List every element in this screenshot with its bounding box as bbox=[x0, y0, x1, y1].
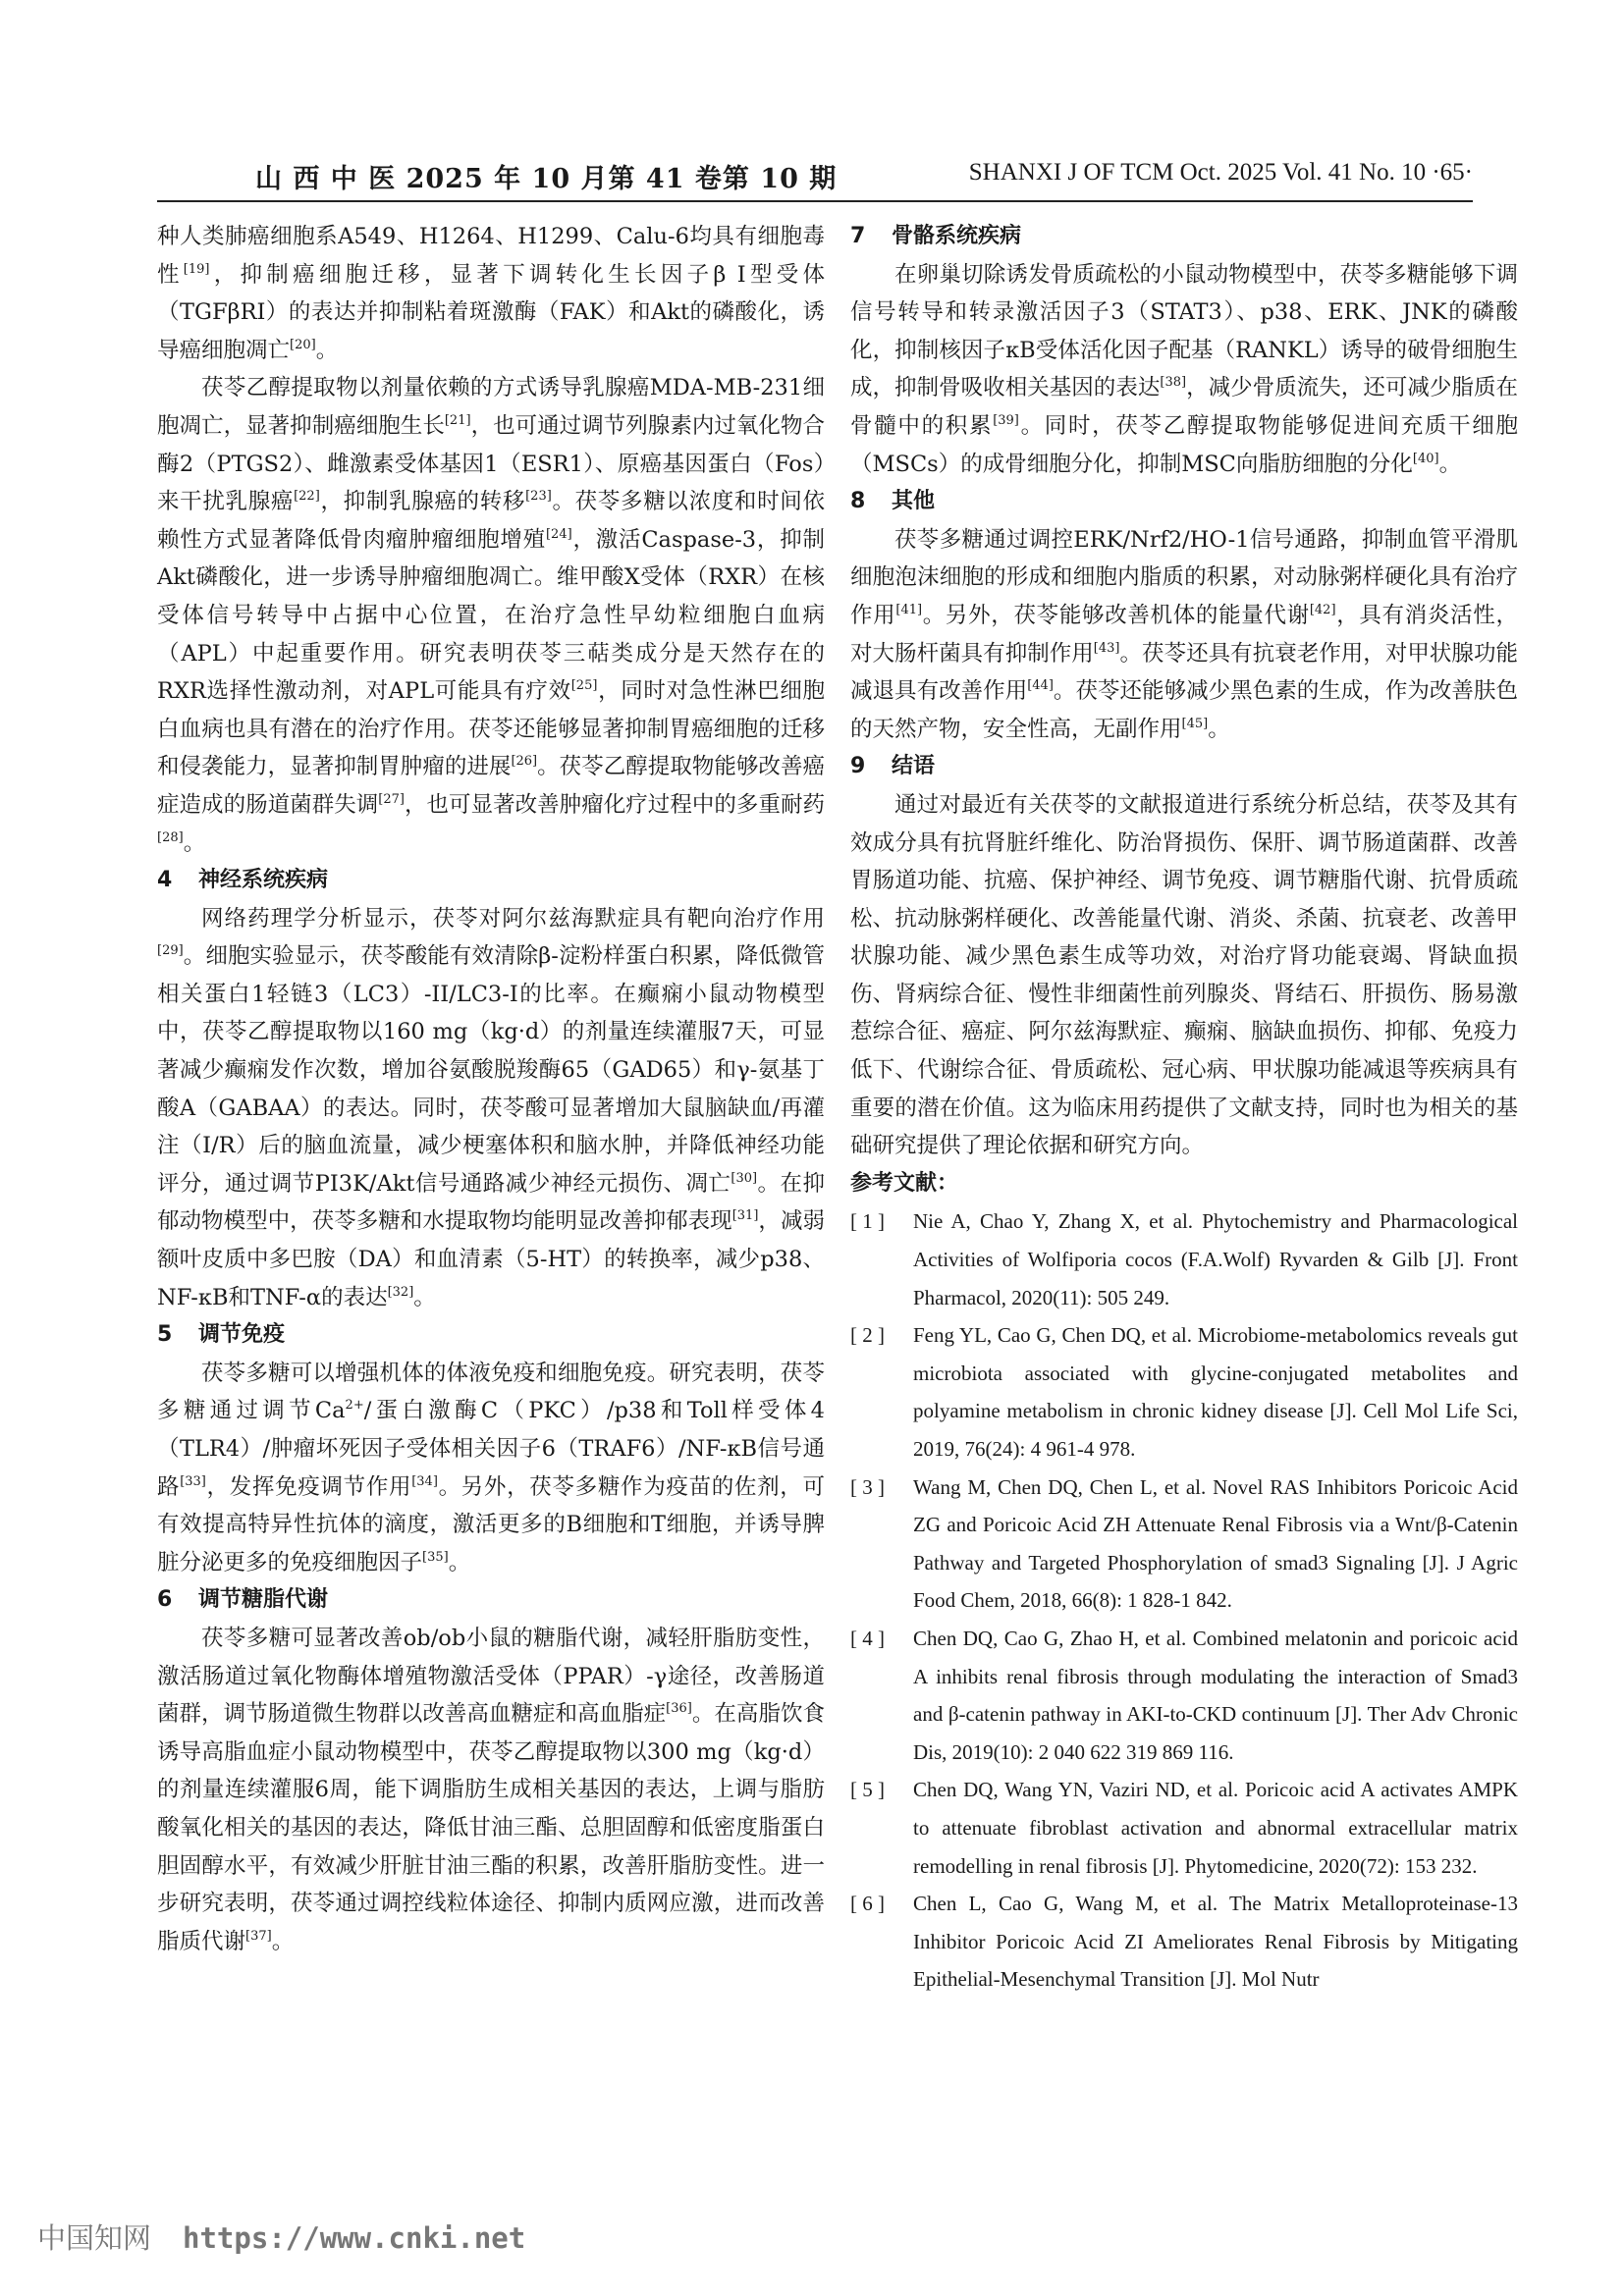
citation[interactable]: [25] bbox=[571, 678, 598, 693]
citation[interactable]: [31] bbox=[732, 1208, 759, 1223]
section-heading-4: 4神经系统疾病 bbox=[157, 862, 825, 900]
cnki-watermark: 中国知网https://www.cnki.net bbox=[37, 2216, 525, 2257]
citation[interactable]: [32] bbox=[388, 1285, 414, 1300]
citation[interactable]: [44] bbox=[1027, 678, 1054, 693]
citation[interactable]: [45] bbox=[1182, 717, 1209, 731]
reference-item: [ 5 ]Chen DQ, Wang YN, Vaziri ND, et al.… bbox=[850, 1771, 1518, 1885]
citation[interactable]: [24] bbox=[546, 527, 572, 542]
left-column: 种人类肺癌细胞系A549、H1264、H1299、Calu-6均具有细胞毒性[1… bbox=[157, 218, 825, 1960]
references-heading: 参考文献： bbox=[850, 1165, 1518, 1203]
citation[interactable]: [26] bbox=[511, 754, 537, 769]
citation[interactable]: [33] bbox=[180, 1474, 206, 1489]
paragraph: 网络药理学分析显示，茯苓对阿尔兹海默症具有靶向治疗作用[29]。细胞实验显示，茯… bbox=[157, 900, 825, 1317]
citation[interactable]: [30] bbox=[731, 1171, 757, 1186]
journal-title-en: SHANXI J OF TCM Oct. 2025 Vol. 41 No. 10… bbox=[969, 159, 1473, 187]
citation[interactable]: [34] bbox=[411, 1474, 438, 1489]
conclusion-paragraph: 通过对最近有关茯苓的文献报道进行系统分析总结，茯苓及其有效成分具有抗肾脏纤维化、… bbox=[850, 786, 1518, 1165]
reference-item: [ 4 ]Chen DQ, Cao G, Zhao H, et al. Comb… bbox=[850, 1620, 1518, 1771]
citation[interactable]: [22] bbox=[294, 489, 320, 504]
section-heading-5: 5调节免疫 bbox=[157, 1316, 825, 1355]
citation[interactable]: [35] bbox=[422, 1550, 449, 1565]
section-heading-7: 7骨骼系统疾病 bbox=[850, 218, 1518, 256]
section-heading-6: 6调节糖脂代谢 bbox=[157, 1581, 825, 1620]
paragraph: 茯苓多糖通过调控ERK/Nrf2/HO-1信号通路，抑制血管平滑肌细胞泡沫细胞的… bbox=[850, 521, 1518, 749]
citation[interactable]: [38] bbox=[1160, 375, 1186, 390]
citation[interactable]: [39] bbox=[993, 413, 1019, 428]
watermark-cn: 中国知网 bbox=[37, 2221, 151, 2255]
citation[interactable]: [43] bbox=[1094, 641, 1120, 656]
citation[interactable]: [27] bbox=[378, 792, 405, 807]
citation[interactable]: [28] bbox=[157, 830, 184, 845]
citation[interactable]: [20] bbox=[290, 338, 316, 352]
citation[interactable]: [37] bbox=[245, 1929, 272, 1944]
citation[interactable]: [41] bbox=[895, 603, 922, 617]
paragraph: 茯苓乙醇提取物以剂量依赖的方式诱导乳腺癌MDA-MB-231细胞凋亡，显著抑制癌… bbox=[157, 369, 825, 862]
watermark-url[interactable]: https://www.cnki.net bbox=[183, 2221, 525, 2255]
citation[interactable]: [19] bbox=[184, 262, 210, 277]
paragraph: 茯苓多糖可以增强机体的体液免疫和细胞免疫。研究表明，茯苓多糖通过调节Ca2+/蛋… bbox=[157, 1355, 825, 1582]
section-heading-8: 8其他 bbox=[850, 483, 1518, 521]
citation[interactable]: [29] bbox=[157, 943, 184, 958]
paragraph: 种人类肺癌细胞系A549、H1264、H1299、Calu-6均具有细胞毒性[1… bbox=[157, 218, 825, 369]
citation[interactable]: [21] bbox=[445, 413, 471, 428]
reference-list: [ 1 ]Nie A, Chao Y, Zhang X, et al. Phyt… bbox=[850, 1202, 1518, 1998]
citation[interactable]: [23] bbox=[525, 489, 552, 504]
reference-item: [ 3 ]Wang M, Chen DQ, Chen L, et al. Nov… bbox=[850, 1468, 1518, 1620]
reference-item: [ 2 ]Feng YL, Cao G, Chen DQ, et al. Mic… bbox=[850, 1316, 1518, 1468]
paragraph: 茯苓多糖可显著改善ob/ob小鼠的糖脂代谢，减轻肝脂肪变性，激活肠道过氧化物酶体… bbox=[157, 1620, 825, 1960]
right-column: 7骨骼系统疾病 在卵巢切除诱发骨质疏松的小鼠动物模型中，茯苓多糖能够下调信号转导… bbox=[850, 218, 1518, 1999]
reference-item: [ 1 ]Nie A, Chao Y, Zhang X, et al. Phyt… bbox=[850, 1202, 1518, 1316]
citation[interactable]: [42] bbox=[1310, 603, 1336, 617]
reference-item: [ 6 ]Chen L, Cao G, Wang M, et al. The M… bbox=[850, 1885, 1518, 1999]
journal-title-cn: 山 西 中 医 2025 年 10 月第 41 卷第 10 期 bbox=[255, 157, 837, 195]
section-heading-9: 9结语 bbox=[850, 748, 1518, 786]
running-header: 山 西 中 医 2025 年 10 月第 41 卷第 10 期 SHANXI J… bbox=[157, 157, 1473, 202]
paragraph: 在卵巢切除诱发骨质疏松的小鼠动物模型中，茯苓多糖能够下调信号转导和转录激活因子3… bbox=[850, 256, 1518, 484]
citation[interactable]: [36] bbox=[666, 1701, 692, 1716]
citation[interactable]: [40] bbox=[1413, 452, 1439, 466]
